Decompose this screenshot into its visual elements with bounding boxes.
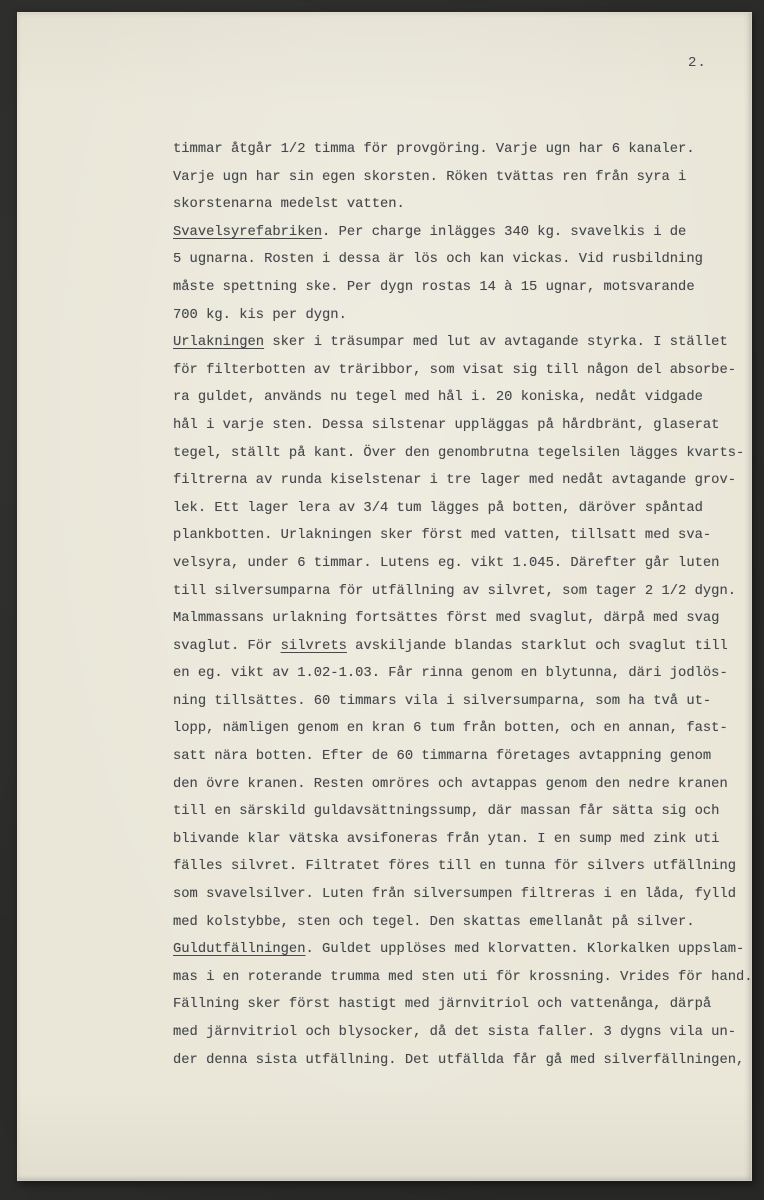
text-line: lopp, nämligen genom en kran 6 tum från … [173,715,764,743]
text-line: ra guldet, används nu tegel med hål i. 2… [173,384,764,412]
text-segment: som svavelsilver. Luten från silversumpe… [173,887,736,902]
text-segment: 700 kg. kis per dygn. [173,308,347,323]
text-segment: . Per charge inlägges 340 kg. svavelkis … [322,225,686,240]
text-line: svaglut. För silvrets avskiljande blanda… [173,633,764,661]
document-page: 2. timmar åtgår 1/2 timma för provgöring… [17,12,752,1181]
text-segment: Varje ugn har sin egen skorsten. Röken t… [173,170,686,185]
text-line: 700 kg. kis per dygn. [173,302,764,330]
text-line: Fällning sker först hastigt med järnvitr… [173,991,764,1019]
text-segment: ning tillsättes. 60 timmars vila i silve… [173,694,711,709]
text-segment: tegel, ställt på kant. Över den genombru… [173,446,744,461]
text-line: Svavelsyrefabriken. Per charge inlägges … [173,219,764,247]
text-segment: timmar åtgår 1/2 timma för provgöring. V… [173,142,695,157]
text-line: fälles silvret. Filtratet föres till en … [173,853,764,881]
text-segment: Fällning sker först hastigt med järnvitr… [173,997,711,1012]
text-line: med järnvitriol och blysocker, då det si… [173,1019,764,1047]
text-segment: svaglut. För [173,639,281,654]
text-segment: sker i träsumpar med lut av avtagande st… [264,335,728,350]
text-segment: till silversumparna för utfällning av si… [173,584,736,599]
text-segment: hål i varje sten. Dessa silstenar uppläg… [173,418,719,433]
page-number: 2. [688,55,707,71]
text-line: hål i varje sten. Dessa silstenar uppläg… [173,412,764,440]
text-segment: till en särskild guldavsättningssump, dä… [173,804,719,819]
text-segment: mas i en roterande trumma med sten uti f… [173,970,753,985]
underlined-term: Urlakningen [173,335,264,350]
text-line: med kolstybbe, sten och tegel. Den skatt… [173,909,764,937]
text-segment: fälles silvret. Filtratet föres till en … [173,859,736,874]
text-line: skorstenarna medelst vatten. [173,191,764,219]
text-line: tegel, ställt på kant. Över den genombru… [173,440,764,468]
text-line: mas i en roterande trumma med sten uti f… [173,964,764,992]
text-segment: med kolstybbe, sten och tegel. Den skatt… [173,915,695,930]
text-segment: lopp, nämligen genom en kran 6 tum från … [173,721,728,736]
text-segment: skorstenarna medelst vatten. [173,197,405,212]
text-line: filtrerna av runda kiselstenar i tre lag… [173,467,764,495]
text-segment: med järnvitriol och blysocker, då det si… [173,1025,736,1040]
text-segment: filtrerna av runda kiselstenar i tre lag… [173,473,736,488]
text-line: som svavelsilver. Luten från silversumpe… [173,881,764,909]
text-segment: avskiljande blandas starklut och svaglut… [347,639,728,654]
text-line: velsyra, under 6 timmar. Lutens eg. vikt… [173,550,764,578]
text-line: till silversumparna för utfällning av si… [173,578,764,606]
text-line: der denna sista utfällning. Det utfällda… [173,1047,764,1075]
underlined-term: Guldutfällningen [173,942,305,957]
text-segment: måste spettning ske. Per dygn rostas 14 … [173,280,695,295]
text-line: Guldutfällningen. Guldet upplöses med kl… [173,936,764,964]
text-segment: plankbotten. Urlakningen sker först med … [173,528,711,543]
text-segment: Malmmassans urlakning fortsättes först m… [173,611,719,626]
text-line: till en särskild guldavsättningssump, dä… [173,798,764,826]
text-line: timmar åtgår 1/2 timma för provgöring. V… [173,136,764,164]
text-line: Varje ugn har sin egen skorsten. Röken t… [173,164,764,192]
text-line: den övre kranen. Resten omröres och avta… [173,771,764,799]
text-line: för filterbotten av träribbor, som visat… [173,357,764,385]
text-segment: . Guldet upplöses med klorvatten. Klorka… [305,942,744,957]
text-segment: en eg. vikt av 1.02-1.03. Får rinna geno… [173,666,728,681]
text-segment: för filterbotten av träribbor, som visat… [173,363,736,378]
text-line: lek. Ett lager lera av 3/4 tum lägges på… [173,495,764,523]
text-segment: ra guldet, används nu tegel med hål i. 2… [173,390,703,405]
text-line: ning tillsättes. 60 timmars vila i silve… [173,688,764,716]
text-segment: 5 ugnarna. Rosten i dessa är lös och kan… [173,252,703,267]
text-line: blivande klar vätska avsifoneras från yt… [173,826,764,854]
text-segment: blivande klar vätska avsifoneras från yt… [173,832,719,847]
text-line: en eg. vikt av 1.02-1.03. Får rinna geno… [173,660,764,688]
text-segment: satt nära botten. Efter de 60 timmarna f… [173,749,711,764]
scan-background: { "colors": { "scan_background": "#2b2b2… [0,0,764,1200]
text-line: satt nära botten. Efter de 60 timmarna f… [173,743,764,771]
underlined-term: Svavelsyrefabriken [173,225,322,240]
text-line: måste spettning ske. Per dygn rostas 14 … [173,274,764,302]
text-line: Malmmassans urlakning fortsättes först m… [173,605,764,633]
document-text: timmar åtgår 1/2 timma för provgöring. V… [173,136,764,1074]
text-line: plankbotten. Urlakningen sker först med … [173,522,764,550]
text-segment: lek. Ett lager lera av 3/4 tum lägges på… [173,501,703,516]
text-segment: den övre kranen. Resten omröres och avta… [173,777,728,792]
text-segment: der denna sista utfällning. Det utfällda… [173,1053,744,1068]
text-line: 5 ugnarna. Rosten i dessa är lös och kan… [173,246,764,274]
text-segment: velsyra, under 6 timmar. Lutens eg. vikt… [173,556,719,571]
underlined-term: silvrets [281,639,347,654]
text-line: Urlakningen sker i träsumpar med lut av … [173,329,764,357]
